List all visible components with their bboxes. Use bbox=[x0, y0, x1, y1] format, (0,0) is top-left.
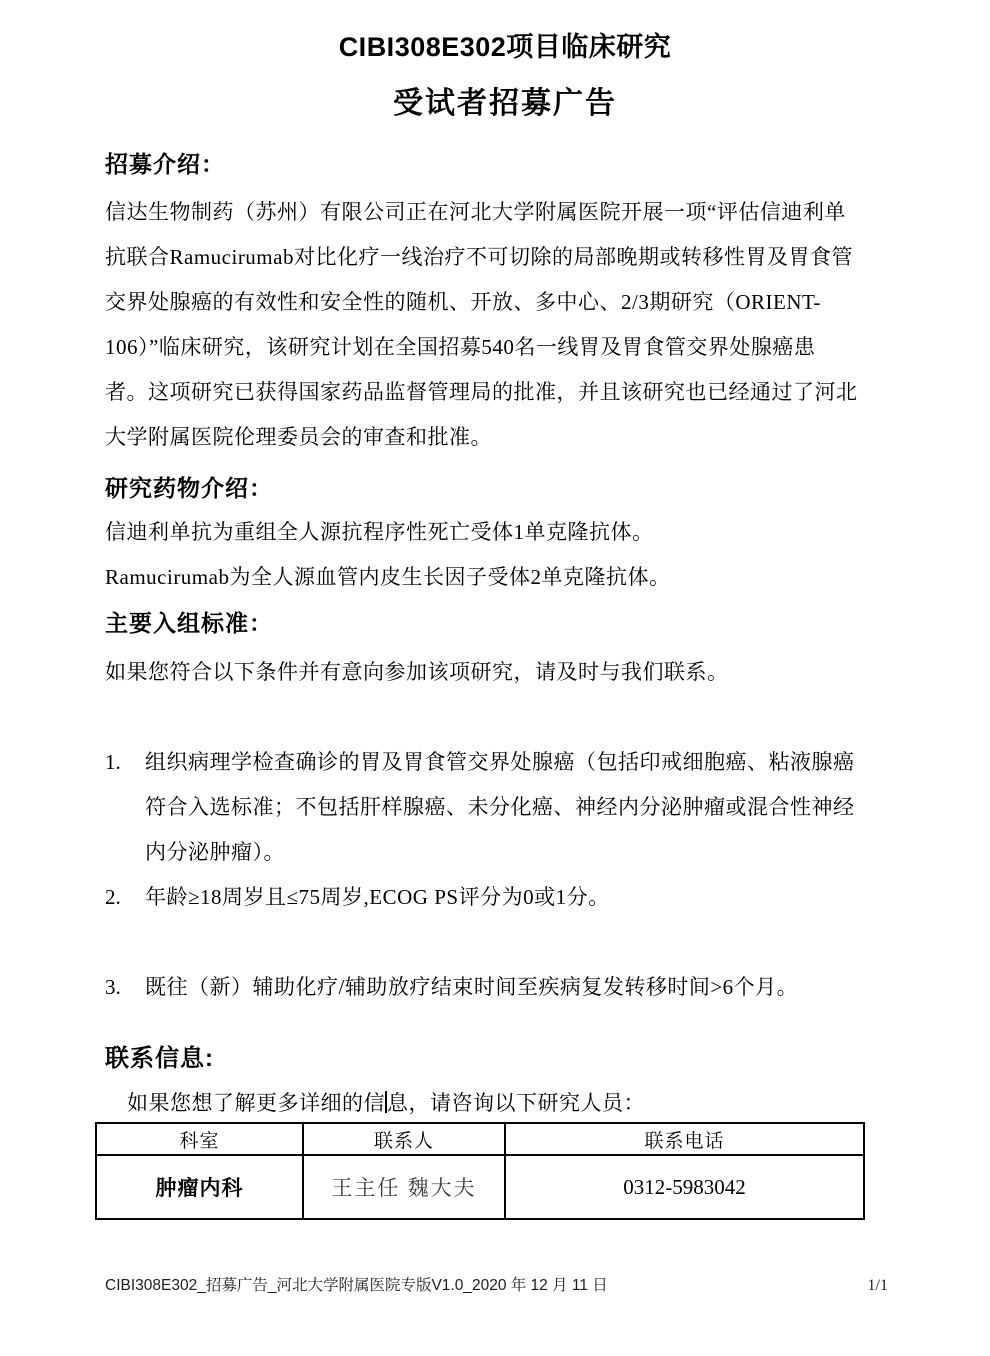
table-cell-department: 肿瘤内科 bbox=[96, 1155, 303, 1219]
document-page: { "colors": { "text": "#000000", "backgr… bbox=[0, 0, 990, 1356]
section-heading-recruit-intro: 招募介绍： bbox=[105, 148, 905, 180]
table-header-department: 科室 bbox=[96, 1123, 303, 1155]
contact-table-header-row: 科室 联系人 联系电话 bbox=[96, 1123, 864, 1155]
section-heading-drug-intro: 研究药物介绍： bbox=[105, 472, 905, 504]
footer-document-id: CIBI308E302_招募广告_河北大学附属医院专版V1.0_2020 年 1… bbox=[105, 1276, 608, 1296]
list-item-text: 组织病理学检查确诊的胃及胃食管交界处腺癌（包括印戒细胞癌、粘液腺癌 符合入选标准… bbox=[145, 740, 905, 875]
contact-table-row: 肿瘤内科 王主任 魏大夫 0312-5983042 bbox=[96, 1155, 864, 1219]
list-item-text: 既往（新）辅助化疗/辅助放疗结束时间至疾病复发转移时间>6个月。 bbox=[145, 965, 905, 1010]
table-header-contact-person: 联系人 bbox=[303, 1123, 505, 1155]
paragraph-line: Ramucirumab为全人源血管内皮生长因子受体2单克隆抗体。 bbox=[105, 555, 905, 600]
table-cell-phone: 0312-5983042 bbox=[505, 1155, 864, 1219]
list-item-line: 组织病理学检查确诊的胃及胃食管交界处腺癌（包括印戒细胞癌、粘液腺癌 bbox=[145, 740, 905, 785]
paragraph-line: 抗联合Ramucirumab对比化疗一线治疗不可切除的局部晚期或转移性胃及胃食管 bbox=[105, 235, 905, 280]
drug-intro-paragraph: 信迪利单抗为重组全人源抗程序性死亡受体1单克隆抗体。 Ramucirumab为全… bbox=[105, 510, 905, 600]
page-footer: CIBI308E302_招募广告_河北大学附属医院专版V1.0_2020 年 1… bbox=[105, 1276, 888, 1296]
list-item-line: 既往（新）辅助化疗/辅助放疗结束时间至疾病复发转移时间>6个月。 bbox=[145, 965, 905, 1010]
contact-intro-text-after: 息，请咨询以下研究人员： bbox=[387, 1091, 645, 1115]
document-title: CIBI308E302项目临床研究 bbox=[105, 30, 905, 64]
paragraph-line: 交界处腺癌的有效性和安全性的随机、开放、多中心、2/3期研究（ORIENT- bbox=[105, 280, 905, 325]
contact-intro-text-before: 如果您想了解更多详细的信 bbox=[127, 1091, 385, 1115]
document-subtitle: 受试者招募广告 bbox=[105, 86, 905, 122]
table-cell-contact-person: 王主任 魏大夫 bbox=[303, 1155, 505, 1219]
document-content: CIBI308E302项目临床研究 受试者招募广告 招募介绍： 信达生物制药（苏… bbox=[105, 0, 905, 1220]
paragraph-line: 者。这项研究已获得国家药品监督管理局的批准，并且该研究也已经通过了河北 bbox=[105, 370, 905, 415]
paragraph-line: 信迪利单抗为重组全人源抗程序性死亡受体1单克隆抗体。 bbox=[105, 510, 905, 555]
list-item-line: 年龄≥18周岁且≤75周岁,ECOG PS评分为0或1分。 bbox=[145, 875, 905, 920]
criteria-item-1: 1. 组织病理学检查确诊的胃及胃食管交界处腺癌（包括印戒细胞癌、粘液腺癌 符合入… bbox=[105, 740, 905, 875]
section-heading-criteria: 主要入组标准： bbox=[105, 607, 905, 639]
list-item-line: 内分泌肿瘤）。 bbox=[145, 830, 905, 875]
list-item-number: 1. bbox=[105, 740, 145, 875]
list-item-number: 2. bbox=[105, 875, 145, 920]
paragraph-line: 信达生物制药（苏州）有限公司正在河北大学附属医院开展一项“评估信迪利单 bbox=[105, 190, 905, 235]
list-item-line: 符合入选标准；不包括肝样腺癌、未分化癌、神经内分泌肿瘤或混合性神经 bbox=[145, 785, 905, 830]
contact-table: 科室 联系人 联系电话 肿瘤内科 王主任 魏大夫 0312-5983042 bbox=[95, 1122, 865, 1220]
recruit-intro-paragraph: 信达生物制药（苏州）有限公司正在河北大学附属医院开展一项“评估信迪利单 抗联合R… bbox=[105, 190, 905, 460]
criteria-item-2: 2. 年龄≥18周岁且≤75周岁,ECOG PS评分为0或1分。 bbox=[105, 875, 905, 920]
list-item-number: 3. bbox=[105, 965, 145, 1010]
paragraph-line: 106）”临床研究，该研究计划在全国招募540名一线胃及胃食管交界处腺癌患 bbox=[105, 325, 905, 370]
contact-intro-line: 如果您想了解更多详细的信息，请咨询以下研究人员： bbox=[105, 1084, 905, 1122]
section-heading-contact: 联系信息: bbox=[105, 1042, 905, 1076]
criteria-intro-line: 如果您符合以下条件并有意向参加该项研究，请及时与我们联系。 bbox=[105, 650, 905, 695]
list-item-text: 年龄≥18周岁且≤75周岁,ECOG PS评分为0或1分。 bbox=[145, 875, 905, 920]
paragraph-line: 大学附属医院伦理委员会的审查和批准。 bbox=[105, 415, 905, 460]
table-header-phone: 联系电话 bbox=[505, 1123, 864, 1155]
criteria-item-3: 3. 既往（新）辅助化疗/辅助放疗结束时间至疾病复发转移时间>6个月。 bbox=[105, 965, 905, 1010]
footer-page-number: 1/1 bbox=[868, 1276, 888, 1296]
